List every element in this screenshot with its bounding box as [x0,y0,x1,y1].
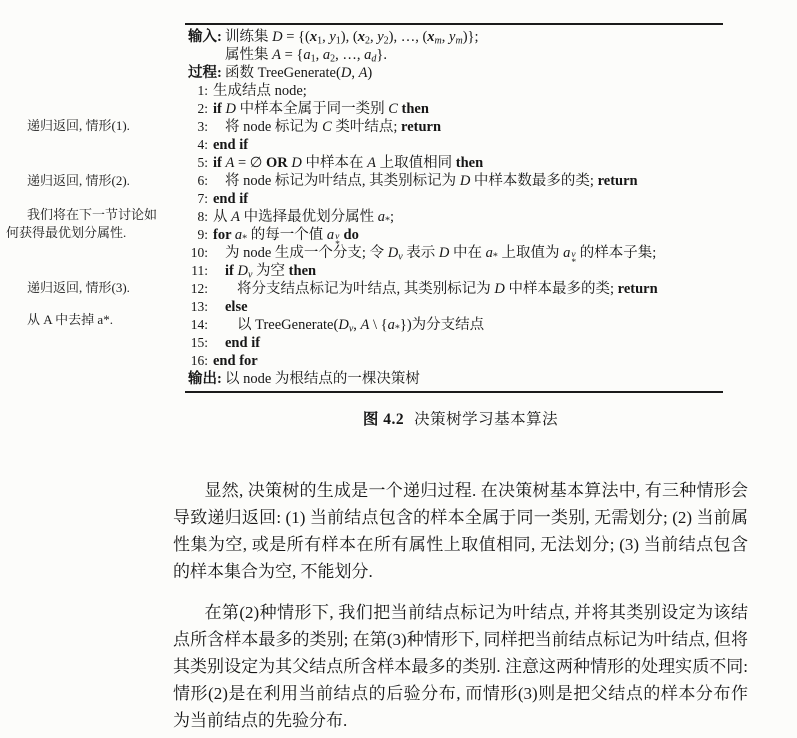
text-run: return [618,281,658,297]
math-symbol: x [358,29,365,45]
line-content: else [213,299,248,315]
math-symbol: m [435,36,442,47]
margin-note-line: 递归返回, 情形(1). [6,117,174,135]
line-number: 15: [188,334,208,352]
math-symbol: A [225,155,234,171]
text-run: = ∅ [234,155,266,171]
line-content: for a* 的每一个值 av* do [213,227,359,243]
algo-line: 3:将 node 标记为 C 类叶结点; return [188,118,723,136]
text-run: ) [367,65,372,81]
math-symbol: D [291,155,301,171]
text-run: , [442,29,449,45]
text-run: )}; [463,29,479,45]
line-content: 生成结点 node; [213,83,307,99]
text-run: = {( [283,29,310,45]
line-content: end for [213,353,258,369]
text-run: })为分支结点 [400,317,484,333]
figure-caption: 图 4.2决策树学习基本算法 [173,407,748,429]
text-run: 上取值为 [498,245,563,261]
line-content: if D 中样本全属于同一类别 C then [213,101,429,117]
text-run: \ { [369,317,387,333]
text-run: if [213,101,225,117]
math-symbol: m [455,36,462,47]
text-run: 类叶结点; [332,119,401,135]
line-content: 从 A 中选择最优划分属性 a*; [213,209,394,225]
line-content: 属性集 A = {a1, a2, …, ad}. [225,47,387,63]
text-run: if [225,263,237,279]
margin-note: 递归返回, 情形(3). [6,279,174,297]
line-content: 将 node 标记为 C 类叶结点; return [213,119,441,135]
text-run: for [213,227,235,243]
text-run: 属性集 [225,47,272,63]
math-symbol: A [367,155,376,171]
algo-line: 5:if A = ∅ OR D 中样本在 A 上取值相同 then [188,154,723,172]
math-symbol: a [378,209,385,225]
text-run: return [598,173,638,189]
line-number: 2: [188,100,208,118]
algo-line: 4:end if [188,136,723,154]
text-run: then [456,155,483,171]
text-run: , …, [335,47,364,63]
line-number: 16: [188,352,208,370]
text-run: 中样本在 [302,155,367,171]
paragraph-recursion-cases: 显然, 决策树的生成是一个递归过程. 在决策树基本算法中, 有三种情形会导致递归… [173,477,748,585]
line-content: 将分支结点标记为叶结点, 其类别标记为 D 中样本最多的类; return [213,281,658,297]
text-run: 函数 TreeGenerate( [225,65,341,81]
algo-line: 14:以 TreeGenerate(Dv, A \ {a*})为分支结点 [188,316,723,334]
math-symbol: D [494,281,504,297]
margin-note: 从 A 中去掉 a*. [6,311,174,329]
algo-line: 11:if Dv 为空 then [188,262,723,280]
text-run: 以 TreeGenerate( [237,317,338,333]
line-content: 将 node 标记为叶结点, 其类别标记为 D 中样本数最多的类; return [213,173,638,189]
text-run: 以 node 为根结点的一棵决策树 [225,371,420,387]
algo-line: 输入:训练集 D = {(x1, y1), (x2, y2), …, (xm, … [188,28,723,46]
algo-line: 过程:函数 TreeGenerate(D, A) [188,64,723,82]
text-run: 为空 [252,263,288,279]
text-run: end if [225,335,260,351]
text-run: 中样本数最多的类; [470,173,597,189]
paragraph-case-handling: 在第(2)种情形下, 我们把当前结点标记为叶结点, 并将其类别设定为该结点所含样… [173,599,748,734]
text-run: 将 node 标记为 [225,119,322,135]
margin-note: 递归返回, 情形(2). [6,172,174,190]
text-run: 中样本最多的类; [505,281,618,297]
line-number: 7: [188,190,208,208]
math-symbol: C [322,119,332,135]
margin-note: 递归返回, 情形(1). [6,117,174,135]
text-run: then [402,101,429,117]
line-number: 12: [188,280,208,298]
line-content: if Dv 为空 then [213,263,316,279]
math-symbol: D [272,29,282,45]
math-symbol: a [563,245,570,261]
math-symbol: A [272,47,281,63]
math-symbol: a [327,227,334,243]
math-symbol: C [388,101,398,117]
algo-line: 16:end for [188,352,723,370]
line-content: 以 TreeGenerate(Dv, A \ {a*})为分支结点 [213,317,484,333]
math-symbol: D [237,263,247,279]
algorithm-figure-box: 输入:训练集 D = {(x1, y1), (x2, y2), …, (xm, … [185,23,723,393]
math-symbol: a [388,317,395,333]
line-number: 8: [188,208,208,226]
text-run: 从 [213,209,231,225]
text-run: 为 node 生成一个分支; 令 [225,245,388,261]
algo-line: 12:将分支结点标记为叶结点, 其类别标记为 D 中样本最多的类; return [188,280,723,298]
algorithm-pseudocode: 输入:训练集 D = {(x1, y1), (x2, y2), …, (xm, … [188,28,723,388]
algo-line: 2:if D 中样本全属于同一类别 C then [188,100,723,118]
text-run: if [213,155,225,171]
text-run: ), …, ( [389,29,428,45]
line-number: 13: [188,298,208,316]
math-symbol: D [341,65,351,81]
algo-line: 1:生成结点 node; [188,82,723,100]
text-run: 上取值相同 [376,155,456,171]
line-content: end if [213,335,260,351]
line-content: if A = ∅ OR D 中样本在 A 上取值相同 then [213,155,483,171]
math-symbol: D [388,245,398,261]
text-run: end for [213,353,258,369]
math-symbol: D [460,173,470,189]
margin-note-line: 从 A 中去掉 a*. [6,311,174,329]
io-label: 输出: [188,370,225,388]
line-number: 6: [188,172,208,190]
line-content: 以 node 为根结点的一棵决策树 [225,371,420,387]
algo-line: 9:for a* 的每一个值 av* do [188,226,723,244]
text-run: OR [266,155,291,171]
figure-number: 图 4.2 [363,411,404,428]
line-number: 14: [188,316,208,334]
line-content: end if [213,137,248,153]
line-content: end if [213,191,248,207]
textbook-page: 递归返回, 情形(1).递归返回, 情形(2).我们将在下一节讨论如何获得最优划… [0,0,797,738]
line-number: 1: [188,82,208,100]
line-number: 3: [188,118,208,136]
text-run: ), ( [341,29,358,45]
text-run: 将分支结点标记为叶结点, 其类别标记为 [237,281,494,297]
text-run: do [344,227,359,243]
line-number: 9: [188,226,208,244]
line-content: 为 node 生成一个分支; 令 Dv 表示 D 中在 a* 上取值为 av* … [213,245,656,261]
text-run: 的每一个值 [247,227,327,243]
math-symbol: x [310,29,317,45]
text-run: 中选择最优划分属性 [240,209,378,225]
figure-title: 决策树学习基本算法 [414,411,558,428]
text-run: , [316,47,323,63]
text-run: end if [213,137,248,153]
text-run: 训练集 [225,29,272,45]
io-label: 输入: [188,28,225,46]
text-run: 的样本子集; [576,245,656,261]
algo-line: 8:从 A 中选择最优划分属性 a*; [188,208,723,226]
text-run: else [225,299,248,315]
math-symbol: D [225,101,235,117]
io-label: 过程: [188,64,225,82]
margin-note-line: 递归返回, 情形(3). [6,279,174,297]
body-text: 显然, 决策树的生成是一个递归过程. 在决策树基本算法中, 有三种情形会导致递归… [173,477,748,734]
text-run: 表示 [403,245,439,261]
math-symbol: D [338,317,348,333]
text-run: 中在 [449,245,485,261]
margin-note: 我们将在下一节讨论如何获得最优划分属性. [6,206,174,241]
math-symbol: A [231,209,240,225]
text-run: , [353,317,360,333]
math-symbol: a [486,245,493,261]
math-symbol: D [439,245,449,261]
text-run: end if [213,191,248,207]
line-number: 5: [188,154,208,172]
math-symbol: a [303,47,310,63]
line-content: 训练集 D = {(x1, y1), (x2, y2), …, (xm, ym)… [225,29,479,45]
text-run: }. [376,47,387,63]
margin-note-line: 递归返回, 情形(2). [6,172,174,190]
algo-line: 15:end if [188,334,723,352]
text-run: ; [390,209,394,225]
algo-line: 7:end if [188,190,723,208]
algo-line: 属性集 A = {a1, a2, …, ad}. [188,46,723,64]
line-number: 4: [188,136,208,154]
margin-note-line: 我们将在下一节讨论如 [6,206,174,224]
text-run: 将 node 标记为叶结点, 其类别标记为 [225,173,460,189]
algo-line: 输出:以 node 为根结点的一棵决策树 [188,370,723,388]
text-run: then [289,263,316,279]
algo-line: 6:将 node 标记为叶结点, 其类别标记为 D 中样本数最多的类; retu… [188,172,723,190]
text-run: = { [281,47,303,63]
algo-line: 10:为 node 生成一个分支; 令 Dv 表示 D 中在 a* 上取值为 a… [188,244,723,262]
text-run: return [401,119,441,135]
margin-note-line: 何获得最优划分属性. [6,224,174,242]
text-run: 生成结点 node; [213,83,307,99]
text-run: , [351,65,358,81]
algo-line: 13:else [188,298,723,316]
line-content: 函数 TreeGenerate(D, A) [225,65,372,81]
text-run: 中样本全属于同一类别 [236,101,388,117]
math-symbol: x [427,29,434,45]
line-number: 10: [188,244,208,262]
line-number: 11: [188,262,208,280]
